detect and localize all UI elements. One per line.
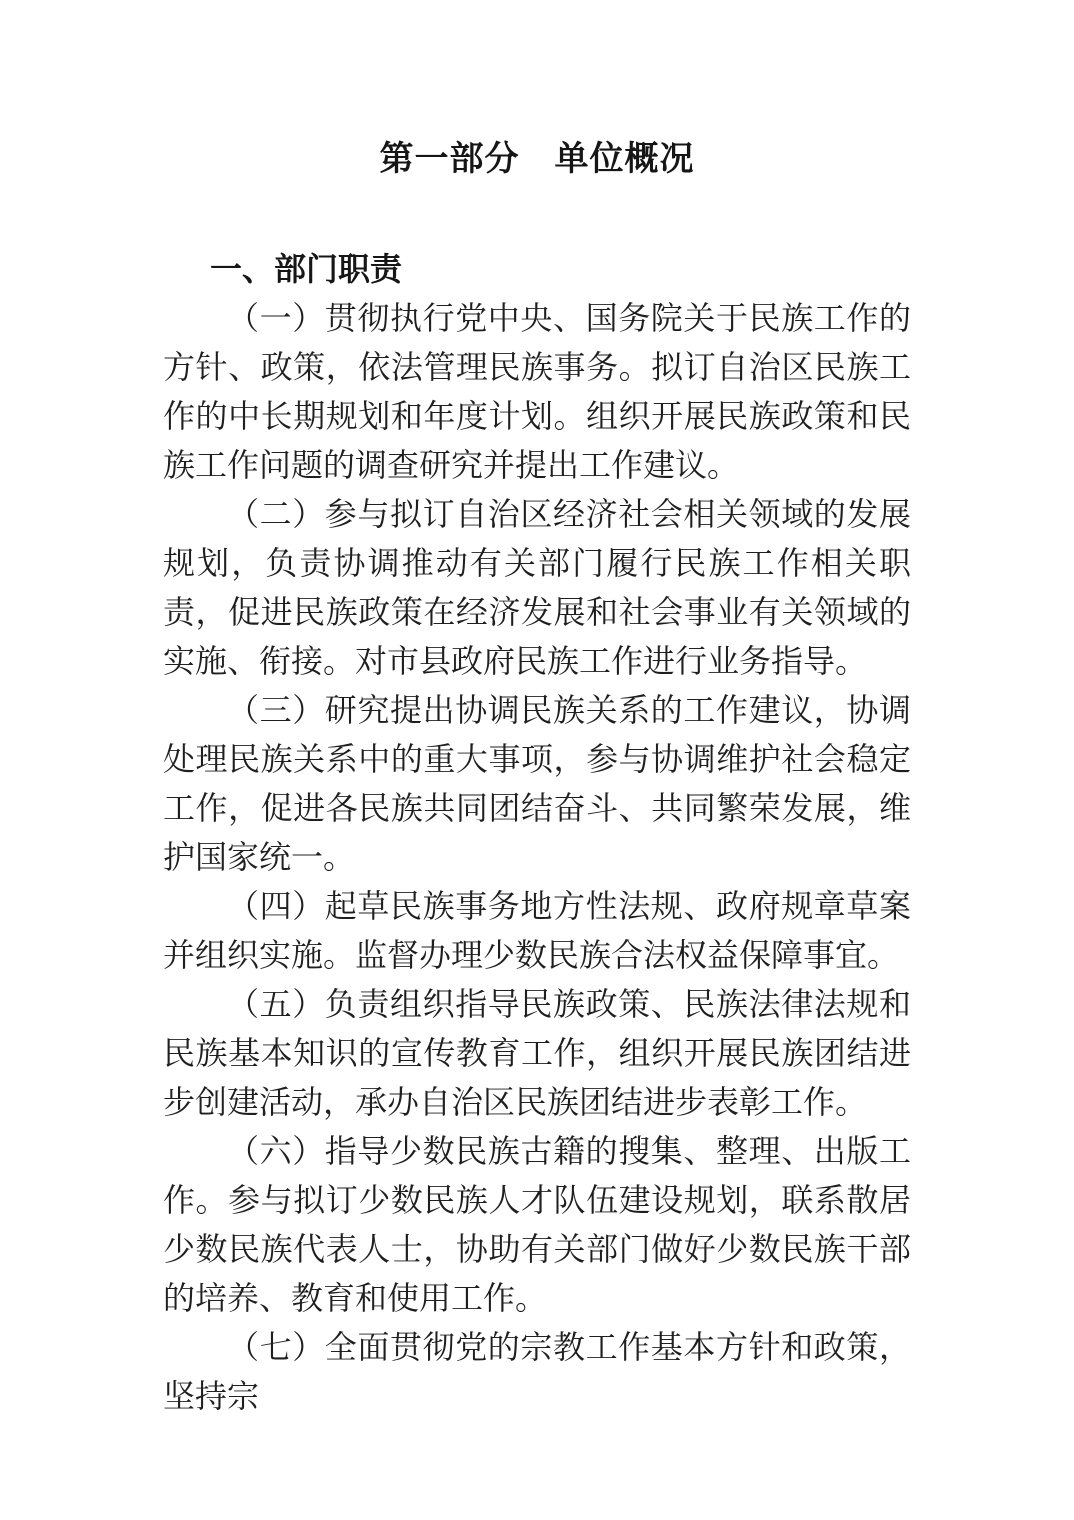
body-paragraph-6: （六）指导少数民族古籍的搜集、整理、出版工作。参与拟订少数民族人才队伍建设规划，…: [163, 1127, 911, 1323]
body-paragraph-4: （四）起草民族事务地方性法规、政府规章草案并组织实施。监督办理少数民族合法权益保…: [163, 882, 911, 980]
body-text: （一）贯彻执行党中央、国务院关于民族工作的方针、政策，依法管理民族事务。拟订自治…: [163, 294, 911, 1421]
section-heading: 一、部门职责: [163, 245, 911, 294]
body-paragraph-7: （七）全面贯彻党的宗教工作基本方针和政策，坚持宗: [163, 1323, 911, 1421]
body-paragraph-1: （一）贯彻执行党中央、国务院关于民族工作的方针、政策，依法管理民族事务。拟订自治…: [163, 294, 911, 490]
body-paragraph-3: （三）研究提出协调民族关系的工作建议，协调处理民族关系中的重大事项，参与协调维护…: [163, 686, 911, 882]
body-paragraph-5: （五）负责组织指导民族政策、民族法律法规和民族基本知识的宣传教育工作，组织开展民…: [163, 980, 911, 1127]
document-page: 第一部分 单位概况 一、部门职责 （一）贯彻执行党中央、国务院关于民族工作的方针…: [0, 0, 1074, 1520]
body-paragraph-2: （二）参与拟订自治区经济社会相关领域的发展规划，负责协调推动有关部门履行民族工作…: [163, 490, 911, 686]
document-title: 第一部分 单位概况: [163, 135, 911, 184]
